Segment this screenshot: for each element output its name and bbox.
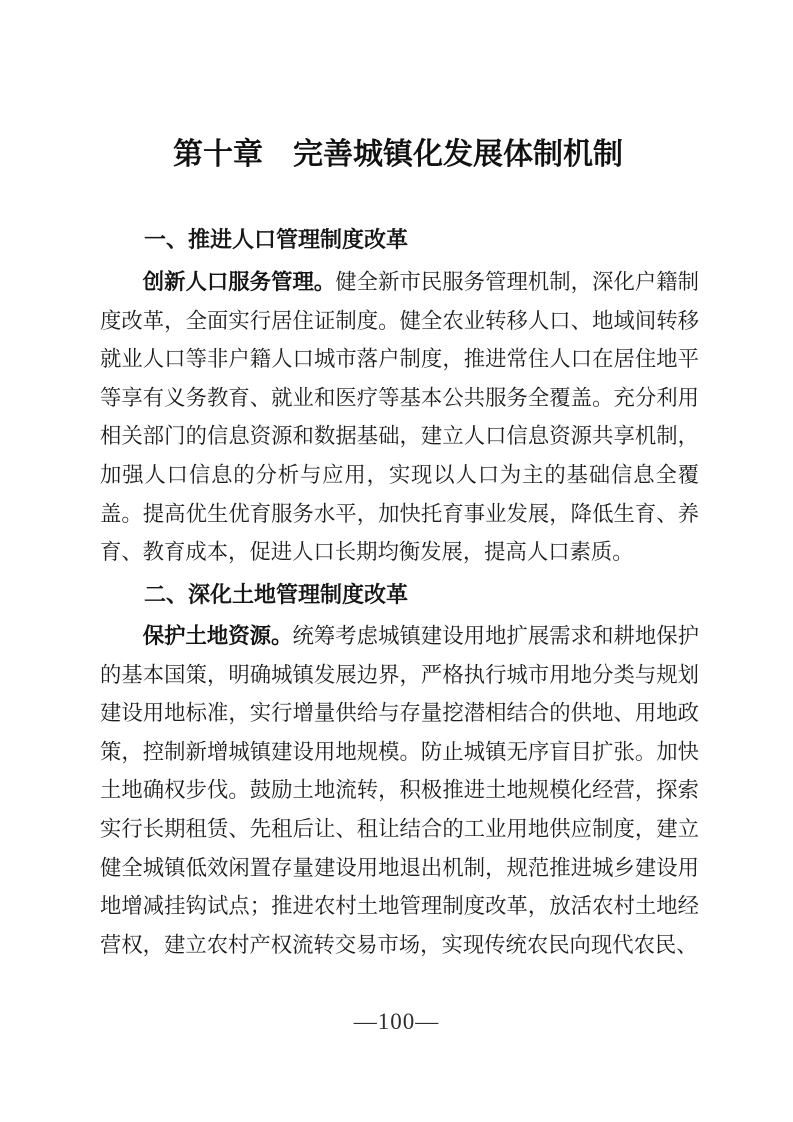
- paragraph-1-body: 健全新市民服务管理机制，深化户籍制度改革，全面实行居住证制度。健全农业转移人口、…: [100, 270, 699, 564]
- paragraph-1-lead: 创新人口服务管理。: [143, 270, 336, 294]
- paragraph-2-lead: 保护土地资源。: [143, 624, 293, 648]
- paragraph-2-body: 统筹考虑城镇建设用地扩展需求和耕地保护的基本国策，明确城镇发展边界，严格执行城市…: [100, 624, 699, 957]
- section-heading-1: 一、推进人口管理制度改革: [100, 221, 699, 259]
- paragraph-2: 保护土地资源。统筹考虑城镇建设用地扩展需求和耕地保护的基本国策，明确城镇发展边界…: [100, 617, 699, 964]
- paragraph-1: 创新人口服务管理。健全新市民服务管理机制，深化户籍制度改革，全面实行居住证制度。…: [100, 263, 699, 572]
- section-heading-2: 二、深化土地管理制度改革: [100, 576, 699, 614]
- document-page: 第十章 完善城镇化发展体制机制 一、推进人口管理制度改革 创新人口服务管理。健全…: [0, 0, 793, 1122]
- chapter-title: 第十章 完善城镇化发展体制机制: [98, 131, 698, 179]
- page-number: —100—: [0, 1007, 793, 1037]
